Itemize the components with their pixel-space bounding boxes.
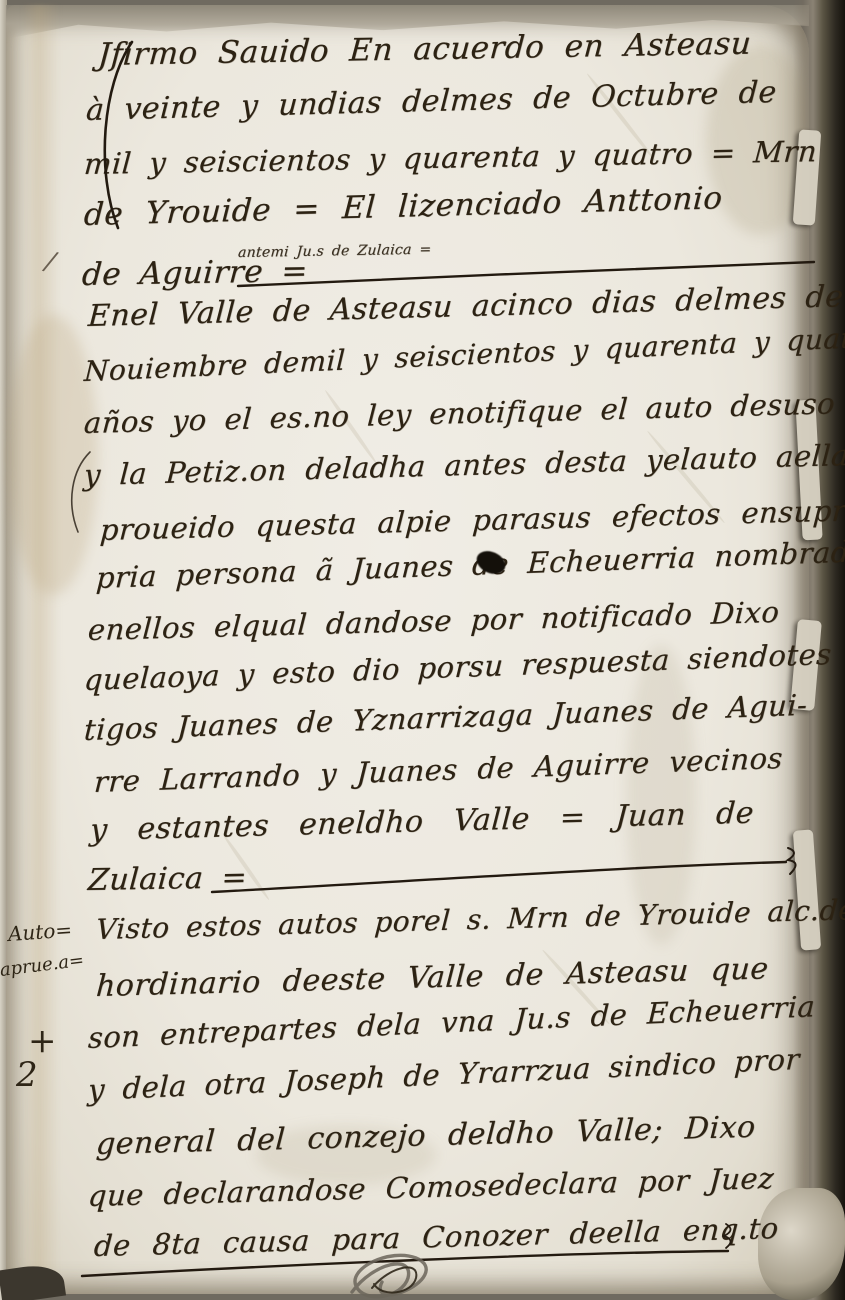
manuscript-line: Zulaica = xyxy=(87,863,248,896)
margin-cross-mark: + xyxy=(28,1024,57,1058)
manuscript-scan: Jfirmo Sauido En acuerdo en Asteasu à ve… xyxy=(0,0,845,1300)
fold-stain xyxy=(22,5,60,1294)
folio-number: 2 xyxy=(16,1058,38,1092)
margin-note-auto: Auto= xyxy=(7,920,72,944)
manuscript-line: de Aguirre = xyxy=(81,256,309,291)
